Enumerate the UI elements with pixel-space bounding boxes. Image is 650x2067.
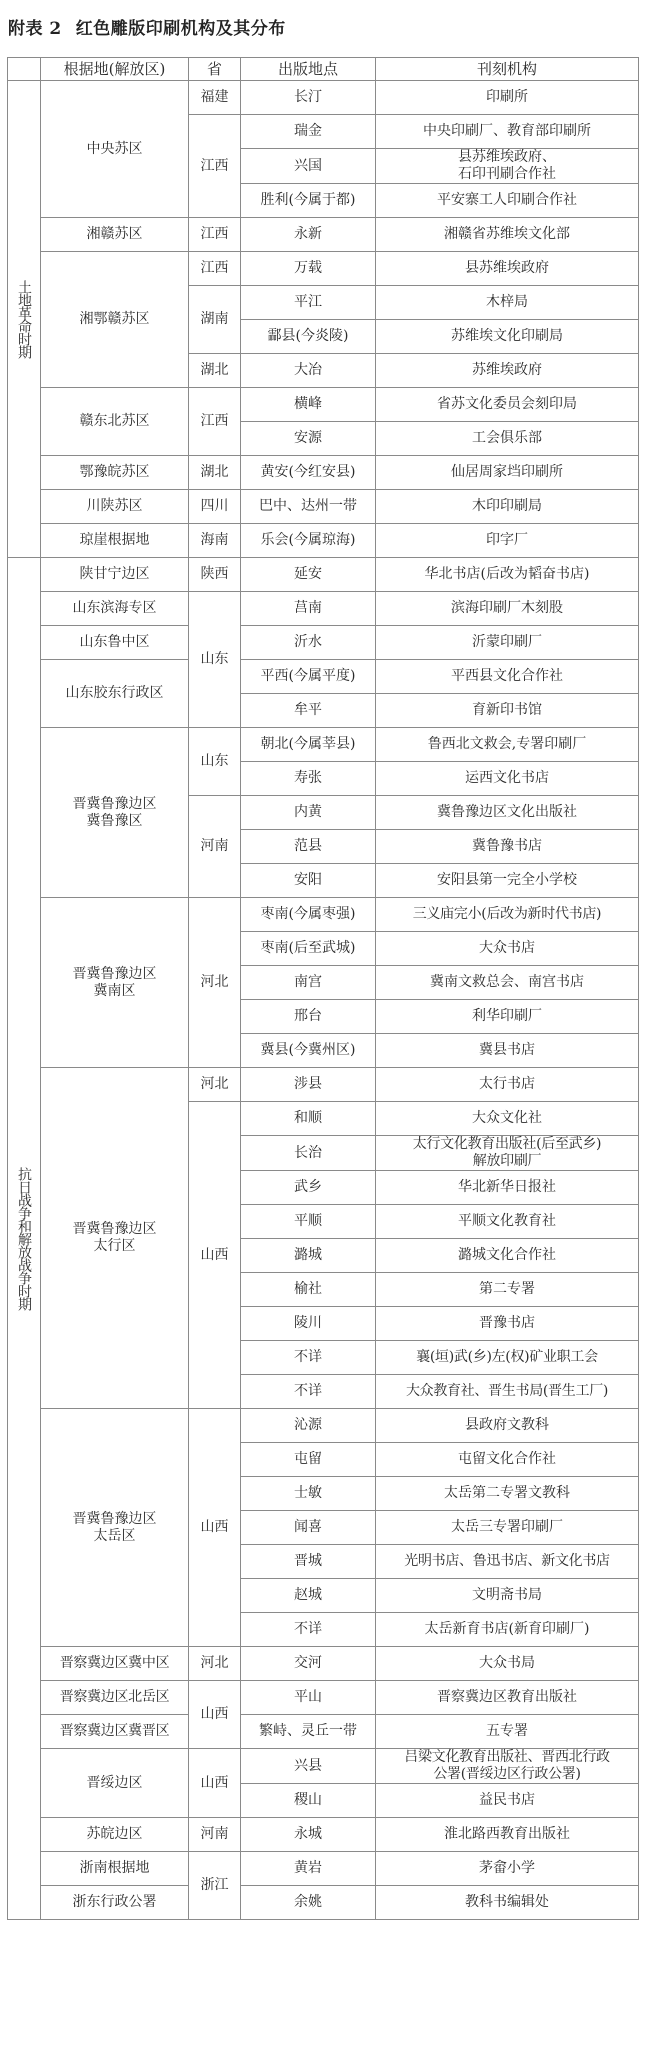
org-cell: 平安寨工人印刷合作社 <box>376 184 639 218</box>
base-cell: 中央苏区 <box>41 81 189 218</box>
header-province: 省 <box>189 58 241 81</box>
place-cell: 稷山 <box>241 1784 376 1818</box>
province-cell: 四川 <box>189 490 241 524</box>
table-row: 晋察冀边区冀晋区 繁峙、灵丘一带 五专署 <box>8 1715 639 1749</box>
place-cell: 涉县 <box>241 1068 376 1102</box>
org-cell: 平顺文化教育社 <box>376 1205 639 1239</box>
province-cell: 山西 <box>189 1409 241 1647</box>
org-cell: 大众教育社、晋生书局(晋生工厂) <box>376 1375 639 1409</box>
org-cell: 第二专署 <box>376 1273 639 1307</box>
base-cell: 晋冀鲁豫边区 太行区 <box>41 1068 189 1409</box>
base-cell: 苏皖边区 <box>41 1818 189 1852</box>
place-cell: 士敏 <box>241 1477 376 1511</box>
table-row: 苏皖边区 河南 永城 淮北路西教育出版社 <box>8 1818 639 1852</box>
place-cell: 大冶 <box>241 354 376 388</box>
base-cell: 琼崖根据地 <box>41 524 189 558</box>
place-cell: 陵川 <box>241 1307 376 1341</box>
place-cell: 榆社 <box>241 1273 376 1307</box>
table-row: 抗日战争和解放战争时期 陕甘宁边区 陕西 延安 华北书店(后改为韬奋书店) <box>8 558 639 592</box>
table-row: 晋冀鲁豫边区 太岳区 山西 沁源 县政府文教科 <box>8 1409 639 1443</box>
org-cell: 安阳县第一完全小学校 <box>376 864 639 898</box>
header-period <box>8 58 41 81</box>
org-cell: 晋察冀边区教育出版社 <box>376 1681 639 1715</box>
place-cell: 冀县(今冀州区) <box>241 1034 376 1068</box>
place-cell: 黄安(今红安县) <box>241 456 376 490</box>
table-row: 赣东北苏区 江西 横峰 省苏文化委员会刻印局 <box>8 388 639 422</box>
base-cell: 晋冀鲁豫边区 太岳区 <box>41 1409 189 1647</box>
place-cell: 安源 <box>241 422 376 456</box>
table-row: 晋冀鲁豫边区 冀鲁豫区 山东 朝北(今属莘县) 鲁西北文救会,专署印刷厂 <box>8 728 639 762</box>
province-cell: 河北 <box>189 898 241 1068</box>
org-cell: 冀鲁豫书店 <box>376 830 639 864</box>
table-row: 山东胶东行政区 平西(今属平度) 平西县文化合作社 <box>8 660 639 694</box>
org-cell: 益民书店 <box>376 1784 639 1818</box>
place-cell: 不详 <box>241 1613 376 1647</box>
base-cell: 鄂豫皖苏区 <box>41 456 189 490</box>
place-cell: 朝北(今属莘县) <box>241 728 376 762</box>
org-cell: 木印印刷局 <box>376 490 639 524</box>
org-cell: 五专署 <box>376 1715 639 1749</box>
org-cell: 襄(垣)武(乡)左(权)矿业职工会 <box>376 1341 639 1375</box>
place-cell: 屯留 <box>241 1443 376 1477</box>
province-cell: 河南 <box>189 1818 241 1852</box>
place-cell: 沁源 <box>241 1409 376 1443</box>
table-row: 川陕苏区 四川 巴中、达州一带 木印印刷局 <box>8 490 639 524</box>
base-cell: 晋察冀边区冀晋区 <box>41 1715 189 1749</box>
province-cell: 江西 <box>189 115 241 218</box>
place-cell: 延安 <box>241 558 376 592</box>
table-row: 琼崖根据地 海南 乐会(今属琼海) 印字厂 <box>8 524 639 558</box>
org-cell: 太岳新育书店(新育印刷厂) <box>376 1613 639 1647</box>
place-cell: 长治 <box>241 1136 376 1171</box>
org-cell: 鲁西北文救会,专署印刷厂 <box>376 728 639 762</box>
base-cell: 湘鄂赣苏区 <box>41 252 189 388</box>
place-cell: 枣南(后至武城) <box>241 932 376 966</box>
org-cell: 晋豫书店 <box>376 1307 639 1341</box>
org-cell: 平西县文化合作社 <box>376 660 639 694</box>
place-cell: 乐会(今属琼海) <box>241 524 376 558</box>
place-cell: 牟平 <box>241 694 376 728</box>
place-cell: 平顺 <box>241 1205 376 1239</box>
org-cell: 冀县书店 <box>376 1034 639 1068</box>
org-cell: 冀南文救总会、南宫书店 <box>376 966 639 1000</box>
base-cell: 川陕苏区 <box>41 490 189 524</box>
base-cell: 湘赣苏区 <box>41 218 189 252</box>
place-cell: 潞城 <box>241 1239 376 1273</box>
province-cell: 江西 <box>189 252 241 286</box>
org-cell: 工会俱乐部 <box>376 422 639 456</box>
place-cell: 万载 <box>241 252 376 286</box>
printing-institutions-table: 根据地(解放区) 省 出版地点 刊刻机构 土地革命时期 中央苏区 福建 长汀 印… <box>7 57 639 1920</box>
org-cell: 冀鲁豫边区文化出版社 <box>376 796 639 830</box>
place-cell: 瑞金 <box>241 115 376 149</box>
province-cell: 山东 <box>189 592 241 728</box>
place-cell: 不详 <box>241 1341 376 1375</box>
province-cell: 山西 <box>189 1749 241 1818</box>
table-row: 山东滨海专区 山东 莒南 滨海印刷厂木刻股 <box>8 592 639 626</box>
org-cell: 屯留文化合作社 <box>376 1443 639 1477</box>
org-cell: 大众书店 <box>376 932 639 966</box>
period-cell: 抗日战争和解放战争时期 <box>8 558 41 1920</box>
table-row: 浙南根据地 浙江 黄岩 茅畲小学 <box>8 1852 639 1886</box>
table-row: 晋冀鲁豫边区 太行区 河北 涉县 太行书店 <box>8 1068 639 1102</box>
org-cell: 教科书编辑处 <box>376 1886 639 1920</box>
province-cell: 湖北 <box>189 354 241 388</box>
table-row: 晋察冀边区冀中区 河北 交河 大众书局 <box>8 1647 639 1681</box>
org-cell: 县政府文教科 <box>376 1409 639 1443</box>
province-cell: 山西 <box>189 1681 241 1749</box>
place-cell: 邢台 <box>241 1000 376 1034</box>
table-row: 土地革命时期 中央苏区 福建 长汀 印刷所 <box>8 81 639 115</box>
table-row: 湘赣苏区 江西 永新 湘赣省苏维埃文化部 <box>8 218 639 252</box>
org-cell: 太岳三专署印刷厂 <box>376 1511 639 1545</box>
header-org: 刊刻机构 <box>376 58 639 81</box>
org-cell: 县苏维埃政府、 石印刊刷合作社 <box>376 149 639 184</box>
place-cell: 沂水 <box>241 626 376 660</box>
place-cell: 武乡 <box>241 1171 376 1205</box>
table-header-row: 根据地(解放区) 省 出版地点 刊刻机构 <box>8 58 639 81</box>
org-cell: 大众书局 <box>376 1647 639 1681</box>
table-caption: 附表 2红色雕版印刷机构及其分布 <box>8 14 286 39</box>
org-cell: 太行文化教育出版社(后至武乡) 解放印刷厂 <box>376 1136 639 1171</box>
province-cell: 河南 <box>189 796 241 898</box>
org-cell: 湘赣省苏维埃文化部 <box>376 218 639 252</box>
place-cell: 内黄 <box>241 796 376 830</box>
place-cell: 晋城 <box>241 1545 376 1579</box>
base-cell: 晋冀鲁豫边区 冀鲁豫区 <box>41 728 189 898</box>
place-cell: 和顺 <box>241 1102 376 1136</box>
province-cell: 湖北 <box>189 456 241 490</box>
org-cell: 利华印刷厂 <box>376 1000 639 1034</box>
base-cell: 山东鲁中区 <box>41 626 189 660</box>
place-cell: 兴国 <box>241 149 376 184</box>
province-cell: 福建 <box>189 81 241 115</box>
org-cell: 华北书店(后改为韬奋书店) <box>376 558 639 592</box>
org-cell: 大众文化社 <box>376 1102 639 1136</box>
place-cell: 繁峙、灵丘一带 <box>241 1715 376 1749</box>
province-cell: 河北 <box>189 1068 241 1102</box>
org-cell: 茅畲小学 <box>376 1852 639 1886</box>
org-cell: 木梓局 <box>376 286 639 320</box>
place-cell: 酃县(今炎陵) <box>241 320 376 354</box>
org-cell: 滨海印刷厂木刻股 <box>376 592 639 626</box>
place-cell: 范县 <box>241 830 376 864</box>
place-cell: 黄岩 <box>241 1852 376 1886</box>
base-cell: 晋察冀边区北岳区 <box>41 1681 189 1715</box>
place-cell: 长汀 <box>241 81 376 115</box>
place-cell: 兴县 <box>241 1749 376 1784</box>
org-cell: 太行书店 <box>376 1068 639 1102</box>
header-place: 出版地点 <box>241 58 376 81</box>
base-cell: 晋察冀边区冀中区 <box>41 1647 189 1681</box>
place-cell: 巴中、达州一带 <box>241 490 376 524</box>
place-cell: 枣南(今属枣强) <box>241 898 376 932</box>
place-cell: 赵城 <box>241 1579 376 1613</box>
place-cell: 安阳 <box>241 864 376 898</box>
place-cell: 不详 <box>241 1375 376 1409</box>
place-cell: 寿张 <box>241 762 376 796</box>
org-cell: 三义庙完小(后改为新时代书店) <box>376 898 639 932</box>
province-cell: 江西 <box>189 218 241 252</box>
base-cell: 晋绥边区 <box>41 1749 189 1818</box>
table-row: 浙东行政公署 余姚 教科书编辑处 <box>8 1886 639 1920</box>
caption-number: 附表 2 <box>8 19 62 39</box>
caption-title: 红色雕版印刷机构及其分布 <box>76 19 286 39</box>
province-cell: 江西 <box>189 388 241 456</box>
org-cell: 光明书店、鲁迅书店、新文化书店 <box>376 1545 639 1579</box>
org-cell: 苏维埃文化印刷局 <box>376 320 639 354</box>
place-cell: 横峰 <box>241 388 376 422</box>
place-cell: 平山 <box>241 1681 376 1715</box>
base-cell: 赣东北苏区 <box>41 388 189 456</box>
org-cell: 吕梁文化教育出版社、晋西北行政 公署(晋绥边区行政公署) <box>376 1749 639 1784</box>
org-cell: 仙居周家垱印刷所 <box>376 456 639 490</box>
table-row: 鄂豫皖苏区 湖北 黄安(今红安县) 仙居周家垱印刷所 <box>8 456 639 490</box>
place-cell: 南宫 <box>241 966 376 1000</box>
base-cell: 山东胶东行政区 <box>41 660 189 728</box>
org-cell: 文明斋书局 <box>376 1579 639 1613</box>
place-cell: 莒南 <box>241 592 376 626</box>
base-cell: 陕甘宁边区 <box>41 558 189 592</box>
place-cell: 胜利(今属于都) <box>241 184 376 218</box>
base-cell: 山东滨海专区 <box>41 592 189 626</box>
org-cell: 太岳第二专署文教科 <box>376 1477 639 1511</box>
place-cell: 闻喜 <box>241 1511 376 1545</box>
org-cell: 淮北路西教育出版社 <box>376 1818 639 1852</box>
org-cell: 省苏文化委员会刻印局 <box>376 388 639 422</box>
place-cell: 永新 <box>241 218 376 252</box>
period-cell: 土地革命时期 <box>8 81 41 558</box>
place-cell: 交河 <box>241 1647 376 1681</box>
place-cell: 平西(今属平度) <box>241 660 376 694</box>
org-cell: 中央印刷厂、教育部印刷所 <box>376 115 639 149</box>
place-cell: 永城 <box>241 1818 376 1852</box>
province-cell: 湖南 <box>189 286 241 354</box>
period-label: 土地革命时期 <box>14 280 34 358</box>
period-label: 抗日战争和解放战争时期 <box>14 1167 34 1310</box>
base-cell: 浙东行政公署 <box>41 1886 189 1920</box>
base-cell: 浙南根据地 <box>41 1852 189 1886</box>
org-cell: 苏维埃政府 <box>376 354 639 388</box>
table-row: 湘鄂赣苏区 江西 万载 县苏维埃政府 <box>8 252 639 286</box>
province-cell: 山西 <box>189 1102 241 1409</box>
table-row: 山东鲁中区 沂水 沂蒙印刷厂 <box>8 626 639 660</box>
province-cell: 山东 <box>189 728 241 796</box>
org-cell: 华北新华日报社 <box>376 1171 639 1205</box>
province-cell: 海南 <box>189 524 241 558</box>
org-cell: 沂蒙印刷厂 <box>376 626 639 660</box>
table-row: 晋察冀边区北岳区 山西 平山 晋察冀边区教育出版社 <box>8 1681 639 1715</box>
org-cell: 印字厂 <box>376 524 639 558</box>
table-row: 晋冀鲁豫边区 冀南区 河北 枣南(今属枣强) 三义庙完小(后改为新时代书店) <box>8 898 639 932</box>
province-cell: 河北 <box>189 1647 241 1681</box>
org-cell: 育新印书馆 <box>376 694 639 728</box>
province-cell: 浙江 <box>189 1852 241 1920</box>
base-cell: 晋冀鲁豫边区 冀南区 <box>41 898 189 1068</box>
province-cell: 陕西 <box>189 558 241 592</box>
org-cell: 运西文化书店 <box>376 762 639 796</box>
place-cell: 余姚 <box>241 1886 376 1920</box>
org-cell: 潞城文化合作社 <box>376 1239 639 1273</box>
header-base: 根据地(解放区) <box>41 58 189 81</box>
place-cell: 平江 <box>241 286 376 320</box>
org-cell: 县苏维埃政府 <box>376 252 639 286</box>
org-cell: 印刷所 <box>376 81 639 115</box>
